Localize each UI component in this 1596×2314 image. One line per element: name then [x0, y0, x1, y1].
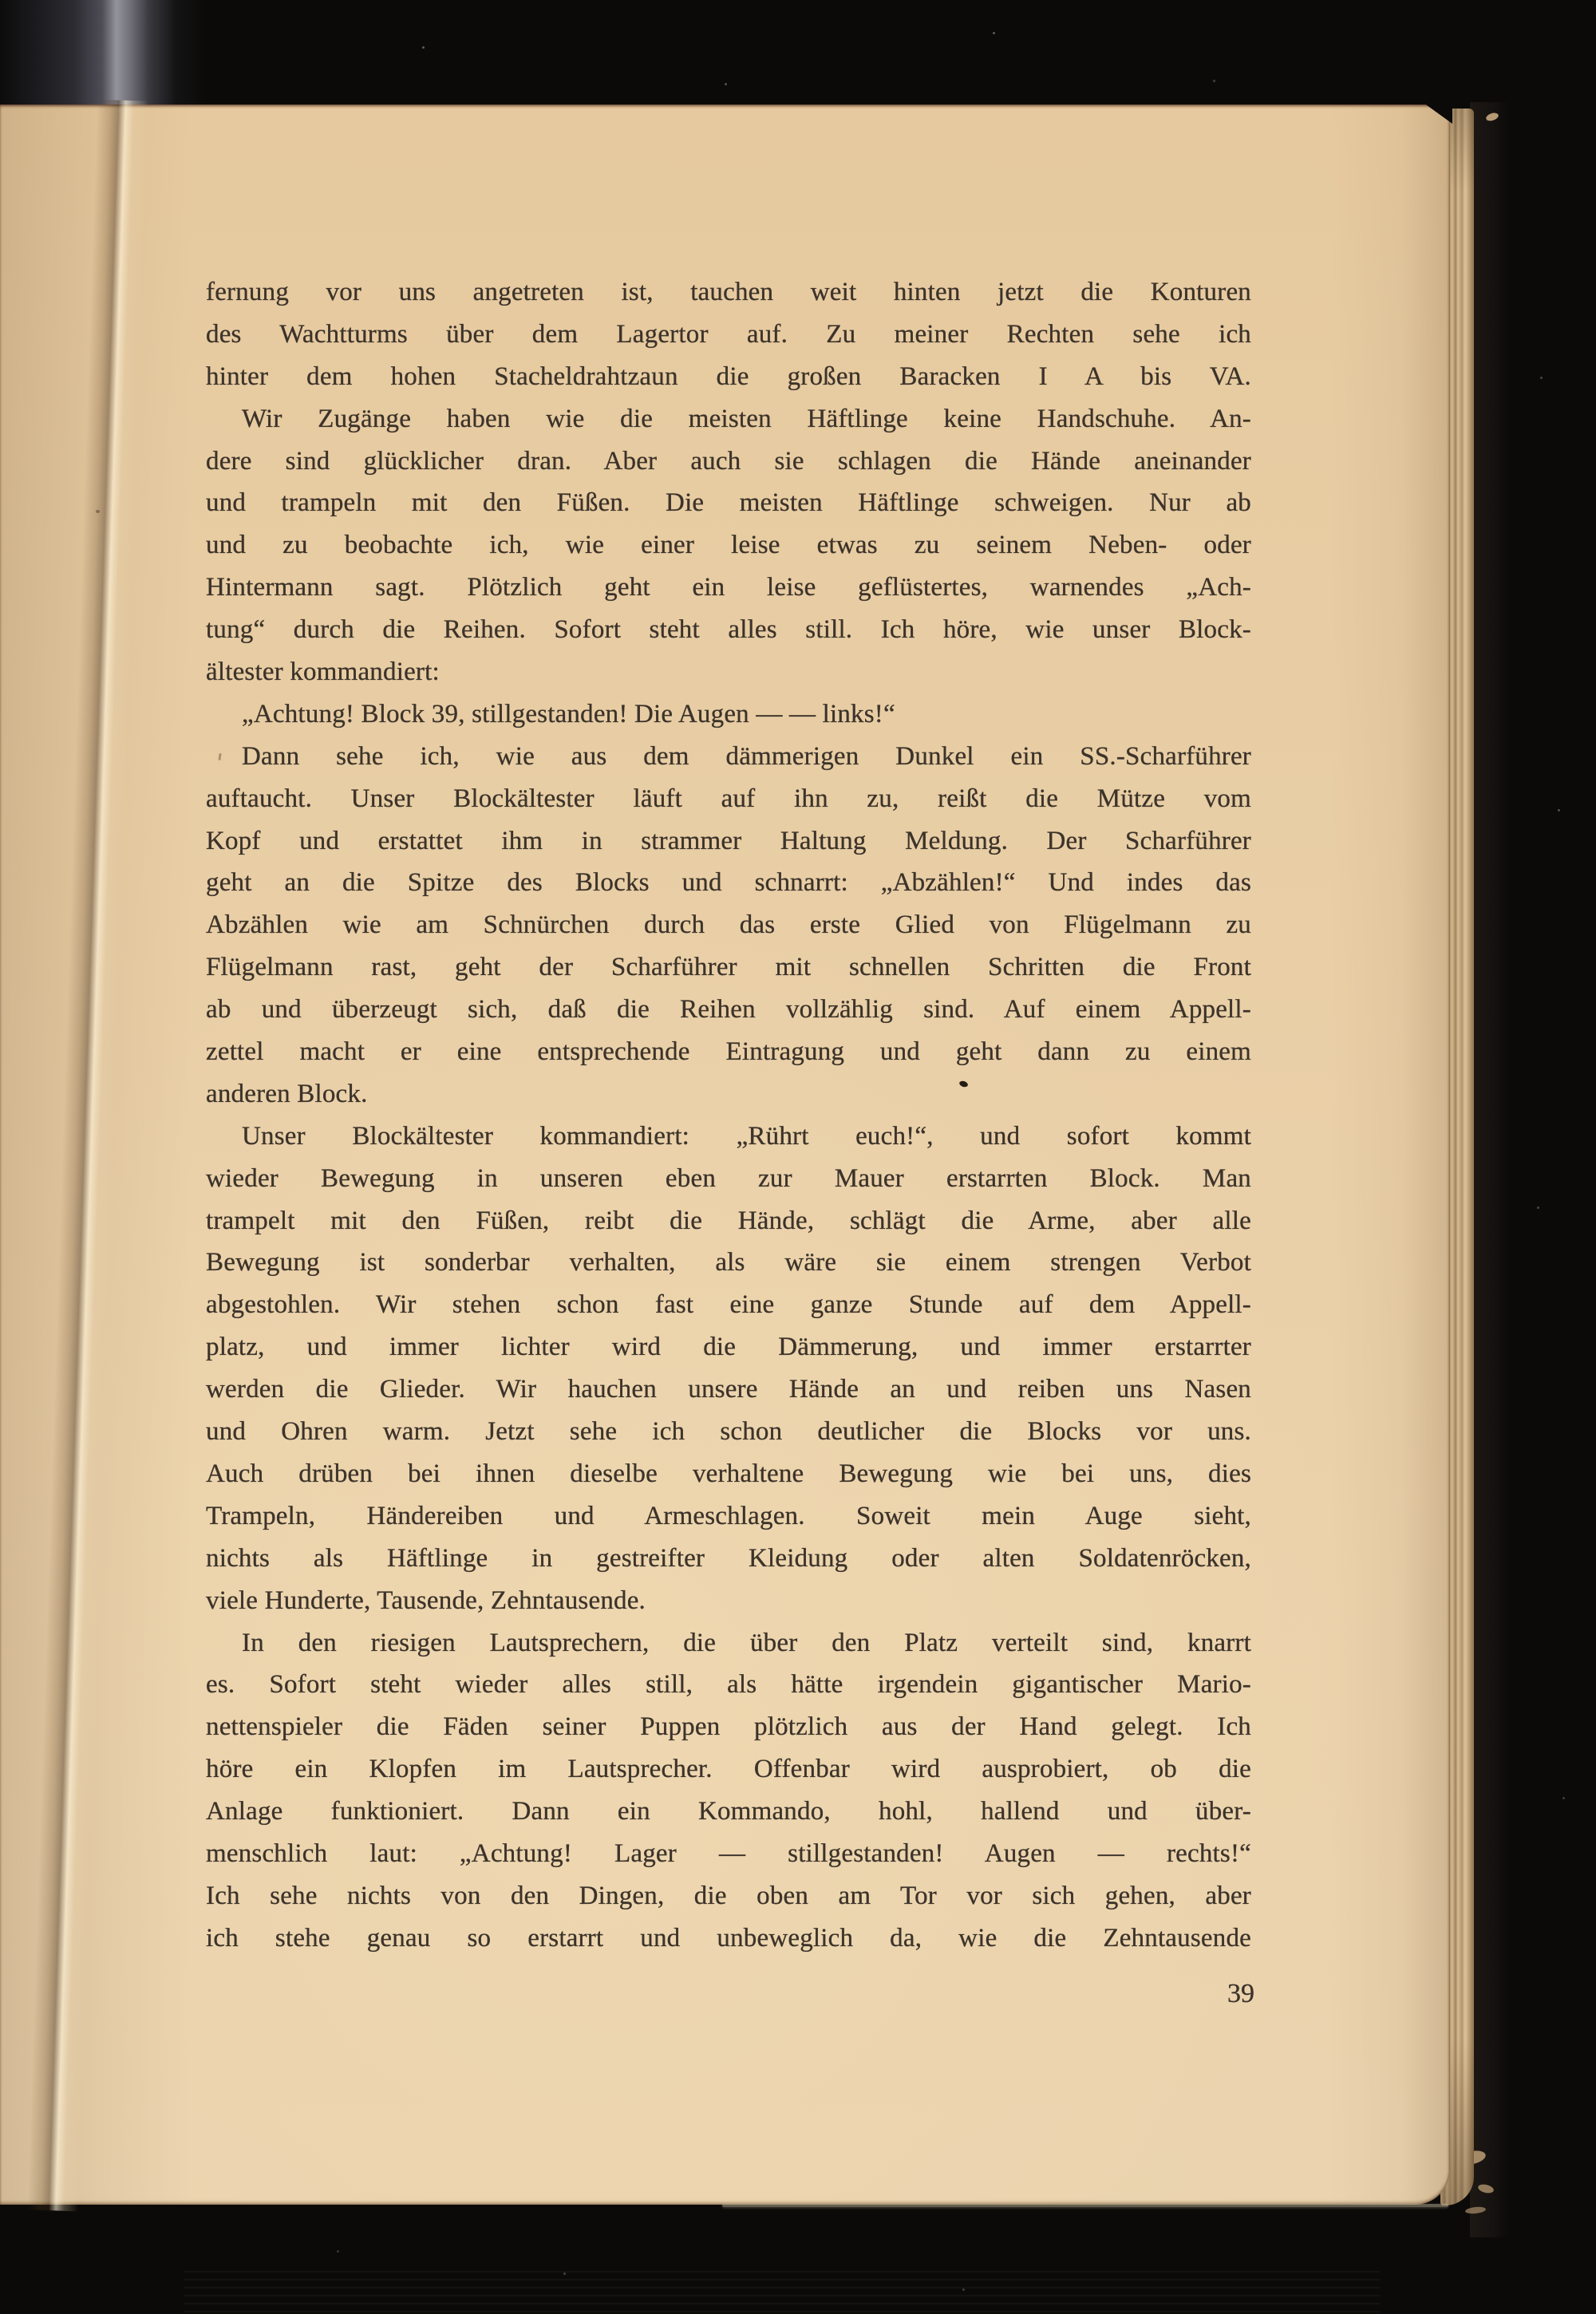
text-line: abgestohlen. Wir stehen schon fast eine … — [206, 1284, 1251, 1326]
text-line: werden die Glieder. Wir hauchen unsere H… — [206, 1368, 1251, 1411]
text-line: Auch drüben bei ihnen dieselbe verhalten… — [206, 1453, 1251, 1495]
text-line: „Achtung! Block 39, stillgestanden! Die … — [206, 693, 1251, 736]
text-line: Trampeln, Händereiben und Armeschlagen. … — [206, 1495, 1251, 1538]
page: fernung vor uns angetreten ist, tauchen … — [0, 105, 1450, 2205]
text-line: Anlage funktioniert. Dann ein Kommando, … — [206, 1791, 1251, 1833]
text-line: Ich sehe nichts von den Dingen, die oben… — [206, 1875, 1251, 1917]
text-line: ab und überzeugt sich, daß die Reihen vo… — [206, 989, 1251, 1031]
text-line: auftaucht. Unser Blockältester läuft auf… — [206, 778, 1251, 820]
dust-specks — [0, 0, 2, 2]
margin-speck — [96, 510, 100, 513]
text-line: ältester kommandiert: — [206, 651, 1251, 693]
text-block: fernung vor uns angetreten ist, tauchen … — [206, 271, 1251, 1960]
text-line: und Ohren warm. Jetzt sehe ich schon deu… — [206, 1411, 1251, 1453]
text-line: viele Hunderte, Tausende, Zehntausende. — [206, 1580, 1251, 1622]
text-line: höre ein Klopfen im Lautsprecher. Offenb… — [206, 1748, 1251, 1791]
text-line: In den riesigen Lautsprechern, die über … — [206, 1622, 1251, 1664]
text-line: platz, und immer lichter wird die Dämmer… — [206, 1326, 1251, 1368]
text-line: ich stehe genau so erstarrt und unbewegl… — [206, 1917, 1251, 1960]
page-gutter-fold — [27, 100, 148, 2212]
text-line: Dann sehe ich, wie aus dem dämmerigen Du… — [206, 736, 1251, 778]
text-line: anderen Block. — [206, 1073, 1251, 1116]
text-line: und zu beobachte ich, wie einer leise et… — [206, 524, 1251, 567]
text-line: Flügelmann rast, geht der Scharführer mi… — [206, 946, 1251, 989]
text-line: nettenspieler die Fäden seiner Puppen pl… — [206, 1706, 1251, 1748]
scanned-book-photo: fernung vor uns angetreten ist, tauchen … — [0, 0, 1596, 2314]
page-bottom-edge-highlight — [722, 2204, 1448, 2207]
text-line: geht an die Spitze des Blocks und schnar… — [206, 862, 1251, 904]
text-line: zettel macht er eine entsprechende Eintr… — [206, 1031, 1251, 1073]
text-line: wieder Bewegung in unseren eben zur Maue… — [206, 1158, 1251, 1200]
page-block-bottom-streaks — [184, 2271, 1381, 2312]
text-line: und trampeln mit den Füßen. Die meisten … — [206, 482, 1251, 524]
text-line: Wir Zugänge haben wie die meisten Häftli… — [206, 398, 1251, 440]
text-line: nichts als Häftlinge in gestreifter Klei… — [206, 1538, 1251, 1580]
text-line: fernung vor uns angetreten ist, tauchen … — [206, 271, 1251, 314]
text-line: Hintermann sagt. Plötzlich geht ein leis… — [206, 567, 1251, 609]
page-number: 39 — [1201, 1973, 1281, 2015]
text-line: hinter dem hohen Stacheldrahtzaun die gr… — [206, 356, 1251, 398]
text-line: trampelt mit den Füßen, reibt die Hände,… — [206, 1200, 1251, 1242]
text-line: Abzählen wie am Schnürchen durch das ers… — [206, 904, 1251, 946]
text-line: menschlich laut: „Achtung! Lager — still… — [206, 1833, 1251, 1875]
text-line: Unser Blockältester kommandiert: „Rührt … — [206, 1116, 1251, 1158]
text-line: tung“ durch die Reihen. Sofort steht all… — [206, 609, 1251, 651]
book-spine-top — [0, 0, 204, 106]
text-line: des Wachtturms über dem Lagertor auf. Zu… — [206, 314, 1251, 356]
text-line: Kopf und erstattet ihm in strammer Haltu… — [206, 820, 1251, 863]
text-line: Bewegung ist sonderbar verhalten, als wä… — [206, 1242, 1251, 1284]
text-line: dere sind glücklicher dran. Aber auch si… — [206, 440, 1251, 483]
text-line: es. Sofort steht wieder alles still, als… — [206, 1664, 1251, 1706]
book-cover-edge — [1470, 102, 1510, 2237]
